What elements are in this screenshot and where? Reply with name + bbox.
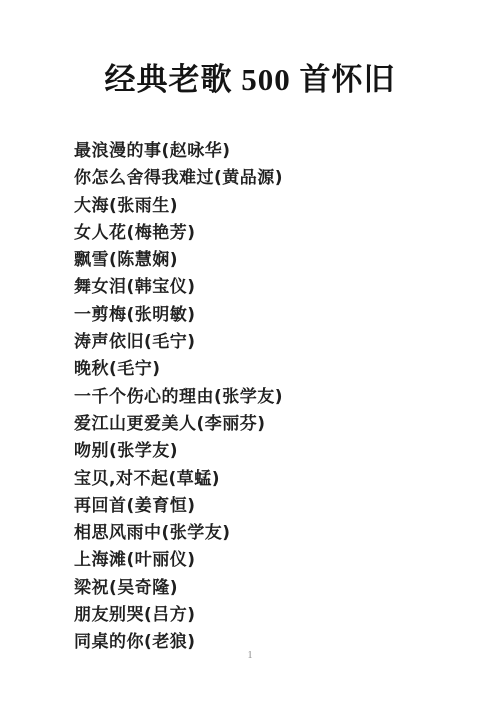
song-list: 最浪漫的事(赵咏华) 你怎么舍得我难过(黄品源) 大海(张雨生) 女人花(梅艳芳… <box>74 138 480 657</box>
song-item: 梁祝(吴奇隆) <box>74 575 480 602</box>
song-item: 最浪漫的事(赵咏华) <box>74 138 480 165</box>
song-item: 一剪梅(张明敏) <box>74 302 480 329</box>
page-title: 经典老歌 500 首怀旧 <box>0 60 500 100</box>
document-page: 经典老歌 500 首怀旧 最浪漫的事(赵咏华) 你怎么舍得我难过(黄品源) 大海… <box>0 0 500 708</box>
song-item: 晚秋(毛宁) <box>74 356 480 383</box>
song-item: 舞女泪(韩宝仪) <box>74 274 480 301</box>
song-item: 涛声依旧(毛宁) <box>74 329 480 356</box>
song-item: 再回首(姜育恒) <box>74 493 480 520</box>
song-item: 你怎么舍得我难过(黄品源) <box>74 165 480 192</box>
song-item: 宝贝,对不起(草蜢) <box>74 466 480 493</box>
song-item: 爱江山更爱美人(李丽芬) <box>74 411 480 438</box>
song-item: 女人花(梅艳芳) <box>74 220 480 247</box>
song-item: 飘雪(陈慧娴) <box>74 247 480 274</box>
song-item: 上海滩(叶丽仪) <box>74 547 480 574</box>
song-item: 朋友别哭(吕方) <box>74 602 480 629</box>
song-item: 一千个伤心的理由(张学友) <box>74 384 480 411</box>
song-item: 相思风雨中(张学友) <box>74 520 480 547</box>
page-number: 1 <box>0 650 500 661</box>
song-item: 吻别(张学友) <box>74 438 480 465</box>
song-item: 大海(张雨生) <box>74 193 480 220</box>
